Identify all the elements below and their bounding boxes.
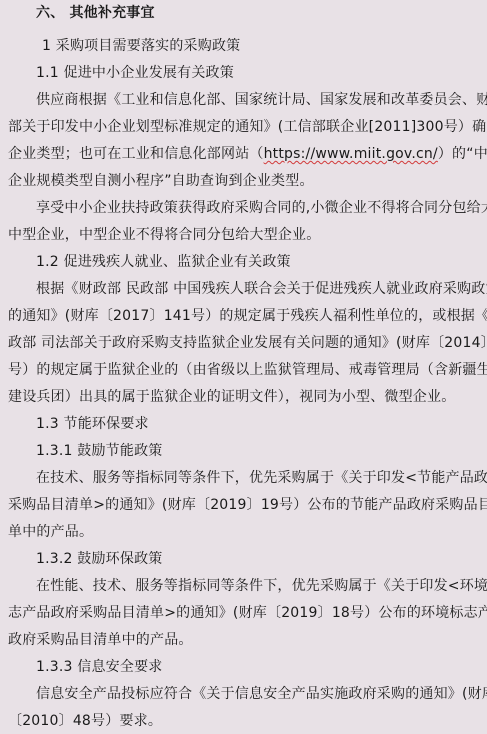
paragraph-line: 政府采购品目清单中的产品。: [8, 631, 193, 649]
paragraph-line: 的通知》(财库〔2017〕141号）的规定属于残疾人福利性单位的，或根据《财: [8, 307, 487, 325]
paragraph-line: 企业类型；也可在工业和信息化部网站（https://www.miit.gov.c…: [8, 145, 487, 163]
paragraph-line: 建设兵团）出具的属于监狱企业的证明文件），视同为小型、微型企业。: [8, 388, 455, 406]
paragraph-line: 根据《财政部 民政部 中国残疾人联合会关于促进残疾人就业政府采购政策: [36, 280, 487, 298]
paragraph-line: 部关于印发中小企业划型标准规定的通知》(工信部联企业[2011]300号）确定: [8, 118, 487, 136]
paragraph-line: 政部 司法部关于政府采购支持监狱企业发展有关问题的通知》(财库〔2014〕68: [8, 334, 487, 352]
paragraph-line: 享受中小企业扶持政策获得政府采购合同的,小微企业不得将合同分包给大: [36, 199, 487, 217]
paragraph-line: 企业规模类型自测小程序”自助查询到企业类型。: [8, 172, 314, 190]
paragraph-line: 供应商根据《工业和信息化部、国家统计局、国家发展和改革委员会、财政: [36, 91, 487, 109]
text-segment: ）的“中小: [438, 146, 487, 162]
paragraph-line: 号）的规定属于监狱企业的（由省级以上监狱管理局、戒毒管理局（含新疆生产: [8, 361, 487, 379]
subheading-procurement-policy: 1 采购项目需要落实的采购政策: [42, 37, 240, 55]
document-page: 六、 其他补充事宜 1 采购项目需要落实的采购政策 1.1 促进中小企业发展有关…: [0, 0, 487, 734]
paragraph-line: 中型企业，中型企业不得将合同分包给大型企业。: [8, 226, 320, 244]
paragraph-line: 信息安全产品投标应符合《关于信息安全产品实施政府采购的通知》(财库: [36, 685, 487, 703]
paragraph-line: 〔2010〕48号）要求。: [8, 712, 162, 730]
paragraph-line: 在性能、技术、服务等指标同等条件下，优先采购属于《关于印发<环境标: [36, 577, 487, 595]
paragraph-line: 志产品政府采购品目清单>的通知》(财库〔2019〕18号）公布的环境标志产品: [8, 604, 487, 622]
subheading-sme-policy: 1.1 促进中小企业发展有关政策: [36, 64, 234, 82]
subheading-disability-prison-policy: 1.2 促进残疾人就业、监狱企业有关政策: [36, 253, 291, 271]
text-segment: 企业类型；也可在工业和信息化部网站（: [8, 146, 264, 162]
subheading-info-security: 1.3.3 信息安全要求: [36, 658, 162, 676]
paragraph-line: 采购品目清单>的通知》(财库〔2019〕19号）公布的节能产品政府采购品目清: [8, 496, 487, 514]
miit-website-link[interactable]: https://www.miit.gov.cn/: [264, 146, 438, 162]
subheading-energy-saving: 1.3.1 鼓励节能政策: [36, 442, 162, 460]
subheading-energy-environment: 1.3 节能环保要求: [36, 415, 149, 433]
paragraph-line: 在技术、服务等指标同等条件下，优先采购属于《关于印发<节能产品政府: [36, 469, 487, 487]
section-heading: 六、 其他补充事宜: [36, 4, 155, 22]
subheading-environmental: 1.3.2 鼓励环保政策: [36, 550, 162, 568]
paragraph-line: 单中的产品。: [8, 523, 93, 541]
